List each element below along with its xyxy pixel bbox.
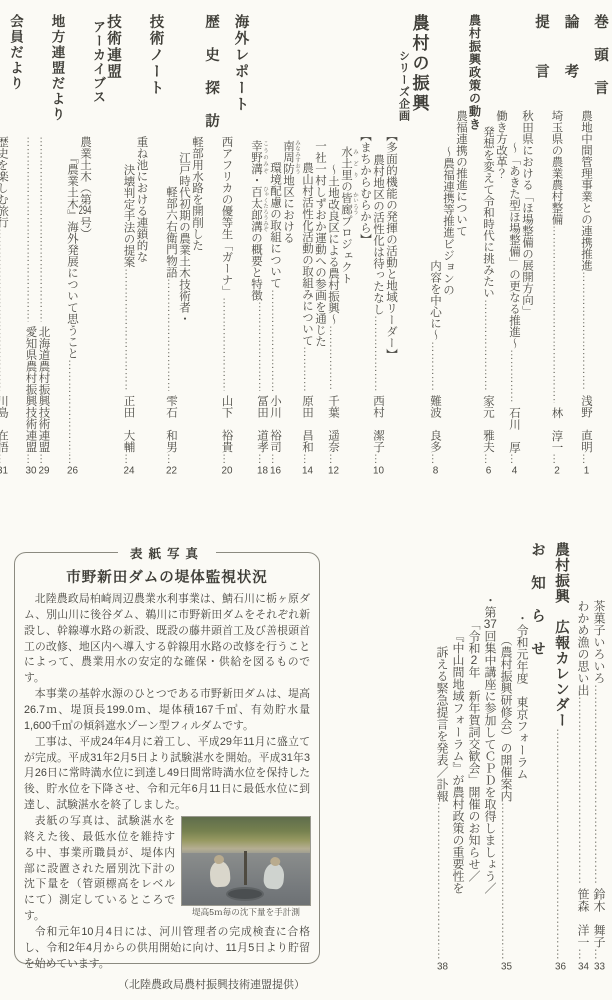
toc-entry-line: 農村地区の活性化は待ったなし………………………………………………………………………	[372, 14, 385, 476]
entry-title: 西アフリカの優等生「ガーナ」	[220, 136, 233, 297]
entry-title: 軽部用水路を開削した	[191, 136, 203, 251]
entry-author: 笹森 洋一	[576, 888, 590, 948]
author-page-separator: …	[576, 948, 590, 960]
toc-entry: 一社一村しずおか運動への参画を通じた農山村活性化活動の取組みについて…………………	[301, 14, 327, 476]
entry-title: 【多面的機能の発揮の活動と地域リーダー】	[385, 130, 397, 360]
toc-entry-line: ～土地改良区による農村振興～………………………………………………………………………	[327, 14, 340, 476]
entry-page-number: 38	[435, 962, 449, 972]
entry-page-number: 8	[429, 466, 442, 476]
cover-photo-block: 堤高5ｍ毎の沈下量を手計測	[182, 817, 310, 917]
entry-author: 鈴木 舞子	[592, 888, 606, 948]
entry-page-number: 1	[580, 466, 593, 476]
entry-title: 江戸時代初期の農業土木技術者・	[178, 152, 190, 325]
author-page-separator: …	[165, 453, 178, 465]
toc-entry-line: 軽部用水路を開削した	[191, 14, 204, 476]
toc-entry: 農福連携の推進について～農福連携等推進ビジョンの内容を中心に～…………………………	[429, 14, 468, 476]
entry-page-number: 18	[250, 466, 269, 476]
photo-caption: 堤高5ｍ毎の沈下量を手計測	[182, 907, 310, 917]
entry-title: 働き方改革？	[495, 110, 507, 179]
entry-title: 農福連携の推進について	[455, 110, 467, 237]
entry-title: 【まちからむらから】	[359, 130, 371, 245]
toc-entry-line: ～農福連携等推進ビジョンの	[442, 14, 455, 476]
toc-entry-line: 農山村活性化活動の取組みについて…………………………………………………………………	[301, 14, 314, 476]
toc-section-league-archives: 技術連盟アーカイブス農業土木（第294号）『農業土木』海外発展について思うこと……	[66, 14, 122, 476]
author-page-separator: …	[122, 453, 135, 465]
toc-entry: 幸野溝こうのみぞ・百太郎溝ひゃくたろうみぞの概要と特徴……………………………………	[250, 14, 269, 476]
entry-title: ・第37回集中講座に参加してＣＰＤを取得しましょう／	[483, 594, 497, 894]
dot-leader: …………………………………………………………………………………………	[552, 728, 569, 948]
section-header-kantogen: 巻 頭 言	[592, 14, 608, 476]
entry-title: 南周防みなみすおう地区における	[282, 140, 294, 244]
entry-author: 山下 裕貴	[220, 395, 233, 453]
author-page-separator: …	[372, 453, 385, 465]
toc-entry-line: 『中山間地域フォーラム』が農村政策の重要性を	[451, 542, 465, 972]
entry-title: 決壊判定手法の提案	[122, 164, 135, 268]
entry-title: （農村振興研修会）の開催案内	[499, 634, 513, 802]
entry-author: 雫石 和男	[165, 395, 178, 453]
toc-entry-line: …………………………………………………………………………………………北海道農村振…	[37, 14, 50, 476]
toc-entry-line: わかめ漁の思い出………………………………………………………………………………………	[576, 542, 590, 972]
author-page-separator: …	[499, 948, 513, 960]
author-page-separator: …	[24, 453, 37, 465]
toc-section-ronko: 論 考埼玉県の農業農村整備…………………………………………………………………………	[550, 14, 579, 476]
section-header-league-archives: 技術連盟	[105, 14, 121, 476]
entry-page-number: 12	[327, 466, 340, 476]
author-page-separator: …	[435, 948, 449, 960]
toc-section-tech-note: 技術ノート重ね池における連鎖的な決壊判定手法の提案…………………………………………	[122, 14, 164, 476]
entry-author: 愛知県農村振興技術連盟	[24, 326, 37, 453]
toc-entry-line: 江戸時代初期の農業土木技術者・	[178, 14, 191, 476]
photo-manhole	[228, 889, 262, 899]
toc-section-regional-league-news: 地方連盟だより…………………………………………………………………………………………	[24, 14, 65, 476]
toc-entry: 西アフリカの優等生「ガーナ」………………………………………………………………………	[220, 14, 233, 476]
cover-box-paragraph: 北陸農政局柏崎周辺農業水利事業は、鯖石川に栃ヶ原ダム、別山川に後谷ダム、鵜川に市…	[24, 592, 310, 687]
toc-entry-line: 内容を中心に～…………………………………………………………………………………………	[429, 14, 442, 476]
toc-section-teigen: 提 言秋田県における「ほ場整備の展開方向」～「あきた型ほ場整備」の更なる推進～……	[482, 14, 550, 476]
toc-entry-line: 水土里みどりの皆廊かいろうプロジェクト	[340, 14, 359, 476]
author-page-separator: …	[580, 453, 593, 465]
toc-section-policy-news: 農村振興政策の動き農福連携の推進について～農福連携等推進ビジョンの内容を中心に～…	[429, 14, 481, 476]
toc-entry-line: 秋田県における「ほ場整備の展開方向」	[521, 14, 534, 476]
dot-leader: …………………………………………………………………………………………	[576, 696, 590, 884]
toc-entry-line: 一社一村しずおか運動への参画を通じた	[314, 14, 327, 476]
author-page-separator: …	[550, 453, 563, 465]
dot-leader: …………………………………………………………………………………………	[165, 278, 178, 391]
toc-entry-line: ・第37回集中講座に参加してＣＰＤを取得しましょう／	[483, 542, 497, 972]
entry-title: 一社一村しずおか運動への参画を通じた	[314, 140, 326, 347]
toc-section-overseas-report: 海外レポート西アフリカの優等生「ガーナ」………………………………………………………	[220, 14, 249, 476]
toc-entry: …………………………………………………………………………………………北海道農村振…	[37, 14, 50, 476]
entry-author: 川島 在悟	[0, 395, 8, 453]
section-header-regional-league-news: 地方連盟だより	[50, 14, 65, 476]
toc-entry: 【多面的機能の発揮の活動と地域リーダー】農村地区の活性化は待ったなし…………………	[372, 14, 398, 476]
toc-entry: 働き方改革？発想を変えて令和時代に挑みたい……………………………………………………	[482, 14, 508, 476]
toc-entry-line: 歴史を楽しむ旅行………………………………………………………………………………………	[0, 14, 8, 476]
author-page-separator: …	[0, 453, 8, 465]
entry-title: 幸野溝こうのみぞ・百太郎溝ひゃくたろうみぞの概要と特徴	[250, 140, 269, 301]
toc-entry-line: 農村振興 広報カレンダー……………………………………………………………………………	[552, 542, 569, 972]
entry-author: 林 淳一	[550, 407, 563, 453]
entry-author: 冨田 道孝	[250, 395, 269, 453]
toc-entry-line: 農福連携の推進について	[455, 14, 468, 476]
entry-title: 歴史を楽しむ旅行	[0, 136, 8, 228]
author-page-separator: …	[66, 453, 79, 465]
toc-section-member-news: 会員だより歴史を楽しむ旅行…………………………………………………………………………	[0, 14, 23, 476]
toc-entry: ・令和元年度 東京フォーラム（農村振興研修会）の開催案内…………………………………	[499, 542, 529, 972]
entry-author: 正田 大輔	[122, 395, 135, 453]
entry-title: わかめ漁の思い出	[576, 600, 590, 696]
toc-entry: 秋田県における「ほ場整備の展開方向」～「あきた型ほ場整備」の更なる推進～……………	[508, 14, 534, 476]
author-page-separator: …	[250, 453, 269, 465]
toc-entry-line: …………………………………………………………………………………………愛知県農村振…	[24, 14, 37, 476]
author-page-separator: …	[592, 948, 606, 960]
entry-author: 浅野 直明	[580, 395, 593, 453]
entry-title: 農村振興 広報カレンダー	[552, 542, 569, 728]
dot-leader: …………………………………………………………………………………………	[122, 268, 135, 392]
toc-entry-line: （農村振興研修会）の開催案内………………………………………………………………………	[499, 542, 513, 972]
toc-entry: 農村振興 広報カレンダー……………………………………………………………………………	[552, 542, 569, 972]
section-header-series-plan: 農村の振興	[410, 14, 428, 476]
entry-title: 茶菓子いろいろ	[592, 600, 606, 684]
dot-leader: …………………………………………………………………………………………	[327, 325, 340, 391]
entry-title: 重ね池における連鎖的な	[136, 136, 148, 263]
entry-page-number: 20	[220, 466, 233, 476]
toc-entry: …………………………………………………………………………………………愛知県農村振…	[24, 14, 37, 476]
entry-page-number: 22	[165, 466, 178, 476]
entry-page-number: 2	[550, 466, 563, 476]
entry-title: 埼玉県の農業農村整備	[550, 110, 563, 225]
cover-box-paragraph: 本事業の基幹水源のひとつである市野新田ダムは、堤高26.7ｍ、堤頂長199.0ｍ…	[24, 687, 310, 735]
toc-entry-line: 決壊判定手法の提案……………………………………………………………………………………	[122, 14, 135, 476]
dot-leader: …………………………………………………………………………………………	[592, 684, 606, 884]
entry-page-number: 34	[576, 962, 590, 972]
entry-page-number: 24	[122, 466, 135, 476]
entry-title: 訴える緊急提言を発表／訃報	[435, 646, 449, 802]
dot-leader: …………………………………………………………………………………………	[220, 297, 233, 391]
toc-entry-line: 農業土木（第294号）	[79, 14, 92, 476]
toc-entry-line: 幸野溝こうのみぞ・百太郎溝ひゃくたろうみぞの概要と特徴……………………………………	[250, 14, 269, 476]
toc-section-member-news-continued: 茶菓子いろいろ…………………………………………………………………………………………	[576, 542, 606, 972]
entry-author: 小川 裕司	[269, 395, 282, 453]
entry-title: 『農業土木』海外発展について思うこと	[66, 152, 79, 359]
cover-box-paragraph: 令和元年10月4日には、河川管理者の完成検査に合格し、令和2年4月からの供用開始…	[24, 925, 310, 973]
entry-page-number: 16	[269, 466, 282, 476]
entry-author: 千葉 遥奈	[327, 395, 340, 453]
dot-leader: …………………………………………………………………………………………	[250, 301, 269, 391]
author-page-separator: …	[482, 453, 495, 465]
entry-title: 農業土木（第294号）	[79, 136, 91, 240]
magazine-toc-page: 巻 頭 言農地中間管理事業との連携推進…………………………………………………………	[0, 0, 612, 1000]
entry-author: 北海道農村振興技術連盟	[37, 326, 50, 453]
author-page-separator: …	[37, 453, 50, 465]
entry-page-number: 4	[508, 466, 521, 476]
cover-photo	[182, 817, 310, 905]
toc-entry-line: 発想を変えて令和時代に挑みたい……………………………………………………………………	[482, 14, 495, 476]
toc-entry-line: 「令和2年 新年賀詞交歓会」開催のお知らせ／	[467, 542, 481, 972]
toc-entry-line: 軽部六右衛門物語………………………………………………………………………………………	[165, 14, 178, 476]
entry-title: 水土里みどりの皆廊かいろうプロジェクト	[340, 146, 352, 284]
toc-entry-line: 西アフリカの優等生「ガーナ」………………………………………………………………………	[220, 14, 233, 476]
entry-title: ～農福連携等推進ビジョンの	[442, 146, 454, 296]
entry-page-number: 6	[482, 466, 495, 476]
toc-entry-line: 【まちからむらから】	[359, 14, 372, 476]
dot-leader: …………………………………………………………………………………………	[372, 315, 385, 391]
entry-page-number: 26	[66, 466, 79, 476]
toc-entry-line: 環境配慮の取組について………………………………………………………………………………	[269, 14, 282, 476]
entry-page-number: 31	[0, 466, 8, 476]
entry-title: 秋田県における「ほ場整備の展開方向」	[521, 110, 533, 317]
toc-entry-line: 働き方改革？	[495, 14, 508, 476]
author-page-separator: …	[429, 453, 442, 465]
entry-title: ・令和元年度 東京フォーラム	[515, 612, 529, 780]
section-header-policy-news: 農村振興政策の動き	[467, 14, 481, 476]
dot-leader: …………………………………………………………………………………………	[269, 289, 282, 392]
photo-survey-pole	[244, 851, 247, 885]
author-page-separator: …	[508, 453, 521, 465]
entry-author: 石川 厚	[508, 407, 521, 453]
entry-title: 『中山間地域フォーラム』が農村政策の重要性を	[451, 630, 465, 894]
author-page-separator: …	[220, 453, 233, 465]
toc-entry-line: 農地中間管理事業との連携推進………………………………………………………………………	[580, 14, 593, 476]
toc-section-kantogen: 巻 頭 言農地中間管理事業との連携推進…………………………………………………………	[580, 14, 609, 476]
cover-box-label: 表紙写真	[118, 544, 216, 562]
section-header-member-news: 会員だより	[8, 14, 23, 476]
cover-box-body: 北陸農政局柏崎周辺農業水利事業は、鯖石川に栃ヶ原ダム、別山川に後谷ダム、鵜川に市…	[15, 592, 319, 973]
section-header-series-plan: シリーズ企画	[397, 14, 410, 476]
dot-leader: …………………………………………………………………………………………	[482, 299, 495, 392]
toc-main: 巻 頭 言農地中間管理事業との連携推進…………………………………………………………	[4, 14, 608, 476]
dot-leader: …………………………………………………………………………………………	[37, 136, 50, 322]
entry-page-number: 29	[37, 466, 50, 476]
toc-entry-line: 重ね池における連鎖的な	[135, 14, 148, 476]
entry-page-number: 36	[552, 962, 569, 972]
toc-bottom-right: 茶菓子いろいろ…………………………………………………………………………………………	[414, 542, 606, 972]
entry-author: 難波 良多	[429, 395, 442, 453]
cover-box-heading: 市野新田ダムの堤体監視状況	[21, 566, 313, 587]
toc-entry: 重ね池における連鎖的な決壊判定手法の提案………………………………………………………	[122, 14, 148, 476]
author-page-separator: …	[269, 453, 282, 465]
entry-page-number: 14	[301, 466, 314, 476]
toc-entry-line: 【多面的機能の発揮の活動と地域リーダー】	[385, 14, 398, 476]
toc-section-oshirase: お 知 ら せ・令和元年度 東京フォーラム（農村振興研修会）の開催案内………………	[435, 542, 545, 972]
entry-title: 農地中間管理事業との連携推進	[580, 110, 593, 271]
dot-leader: …………………………………………………………………………………………	[66, 359, 79, 453]
dot-leader: …………………………………………………………………………………………	[301, 346, 314, 391]
section-header-overseas-report: 海外レポート	[233, 14, 249, 476]
entry-title: 環境配慮の取組について	[269, 162, 282, 289]
entry-title: 内容を中心に～	[429, 260, 442, 341]
toc-entry: 茶菓子いろいろ…………………………………………………………………………………………	[592, 542, 606, 972]
entry-title: ～土地改良区による農村振興～	[327, 164, 340, 325]
entry-title: 「令和2年 新年賀詞交歓会」開催のお知らせ／	[467, 618, 481, 882]
dot-leader: …………………………………………………………………………………………	[550, 225, 563, 403]
dot-leader: …………………………………………………………………………………………	[24, 136, 37, 322]
entry-author: 原田 昌和	[301, 395, 314, 453]
entry-page-number: 30	[24, 466, 37, 476]
dot-leader: …………………………………………………………………………………………	[0, 228, 8, 391]
toc-entry-line: 訴える緊急提言を発表／訃報…………………………………………………………………………	[435, 542, 449, 972]
dot-leader: …………………………………………………………………………………………	[429, 341, 442, 392]
toc-entry: 農地中間管理事業との連携推進………………………………………………………………………	[580, 14, 593, 476]
cover-box-paragraph: 工事は、平成24年4月に着工し、平成29年11月に盛立てが完成。平成31年2月5…	[24, 735, 310, 814]
section-header-teigen: 提 言	[533, 14, 549, 476]
dot-leader: …………………………………………………………………………………………	[499, 802, 513, 948]
author-page-separator: …	[327, 453, 340, 465]
cover-photo-box: 表紙写真 市野新田ダムの堤体監視状況 北陸農政局柏崎周辺農業水利事業は、鯖石川に…	[14, 552, 320, 964]
entry-title: 農山村活性化活動の取組みについて	[301, 162, 314, 346]
entry-title: 農村地区の活性化は待ったなし	[372, 154, 385, 315]
toc-entry-line: 茶菓子いろいろ…………………………………………………………………………………………	[592, 542, 606, 972]
toc-entry: 歴史を楽しむ旅行………………………………………………………………………………………	[0, 14, 8, 476]
author-page-separator: …	[301, 453, 314, 465]
toc-entry: わかめ漁の思い出………………………………………………………………………………………	[576, 542, 590, 972]
toc-section-history-visit: 歴 史 探 訪軽部用水路を開削した江戸時代初期の農業土木技術者・軽部六右衛門物語…	[165, 14, 220, 476]
section-header-ronko: 論 考	[563, 14, 579, 476]
section-header-oshirase: お 知 ら せ	[529, 542, 545, 972]
dot-leader: …………………………………………………………………………………………	[508, 349, 521, 403]
toc-entry: 農業土木（第294号）『農業土木』海外発展について思うこと………………………………	[66, 14, 92, 476]
entry-title: ～「あきた型ほ場整備」の更なる推進～	[508, 142, 521, 349]
toc-section-series-plan: 農村の振興シリーズ企画【多面的機能の発揮の活動と地域リーダー】農村地区の活性化は…	[250, 14, 428, 476]
toc-entry: 埼玉県の農業農村整備…………………………………………………………………………………	[550, 14, 563, 476]
dot-leader: …………………………………………………………………………………………	[580, 271, 593, 391]
toc-entry: 【まちからむらから】水土里みどりの皆廊かいろうプロジェクト～土地改良区による農村…	[327, 14, 372, 476]
section-header-league-archives: アーカイブス	[91, 14, 105, 476]
cover-box-credit: （北陸農政局農村振興技術連盟提供）	[15, 973, 319, 992]
entry-author: 家元 雅夫	[482, 395, 495, 453]
toc-entry-line: ～「あきた型ほ場整備」の更なる推進～……………………………………………………………	[508, 14, 521, 476]
toc-section-pr-calendar: 農村振興 広報カレンダー……………………………………………………………………………	[552, 542, 569, 972]
toc-entry: 南周防みなみすおう地区における環境配慮の取組について………………………………………	[269, 14, 301, 476]
section-header-tech-note: 技術ノート	[148, 14, 164, 476]
toc-entry-line: 南周防みなみすおう地区における	[282, 14, 301, 476]
toc-entry-line: ・令和元年度 東京フォーラム	[515, 542, 529, 972]
entry-page-number: 33	[592, 962, 606, 972]
entry-title: 発想を変えて令和時代に挑みたい	[482, 126, 495, 299]
entry-page-number: 35	[499, 962, 513, 972]
section-header-history-visit: 歴 史 探 訪	[203, 14, 219, 476]
entry-page-number: 10	[372, 466, 385, 476]
entry-author: 西村 潔子	[372, 395, 385, 453]
toc-entry-line: 埼玉県の農業農村整備…………………………………………………………………………………	[550, 14, 563, 476]
author-page-separator: …	[552, 948, 569, 960]
toc-entry: 軽部用水路を開削した江戸時代初期の農業土木技術者・軽部六右衛門物語……………………	[165, 14, 204, 476]
dot-leader: …………………………………………………………………………………………	[435, 802, 449, 948]
entry-title: 軽部六右衛門物語	[165, 186, 178, 278]
toc-entry-line: 『農業土木』海外発展について思うこと……………………………………………………………	[66, 14, 79, 476]
toc-entry: ・第37回集中講座に参加してＣＰＤを取得しましょう／「令和2年 新年賀詞交歓会」…	[435, 542, 497, 972]
photo-worker-right	[263, 862, 285, 890]
